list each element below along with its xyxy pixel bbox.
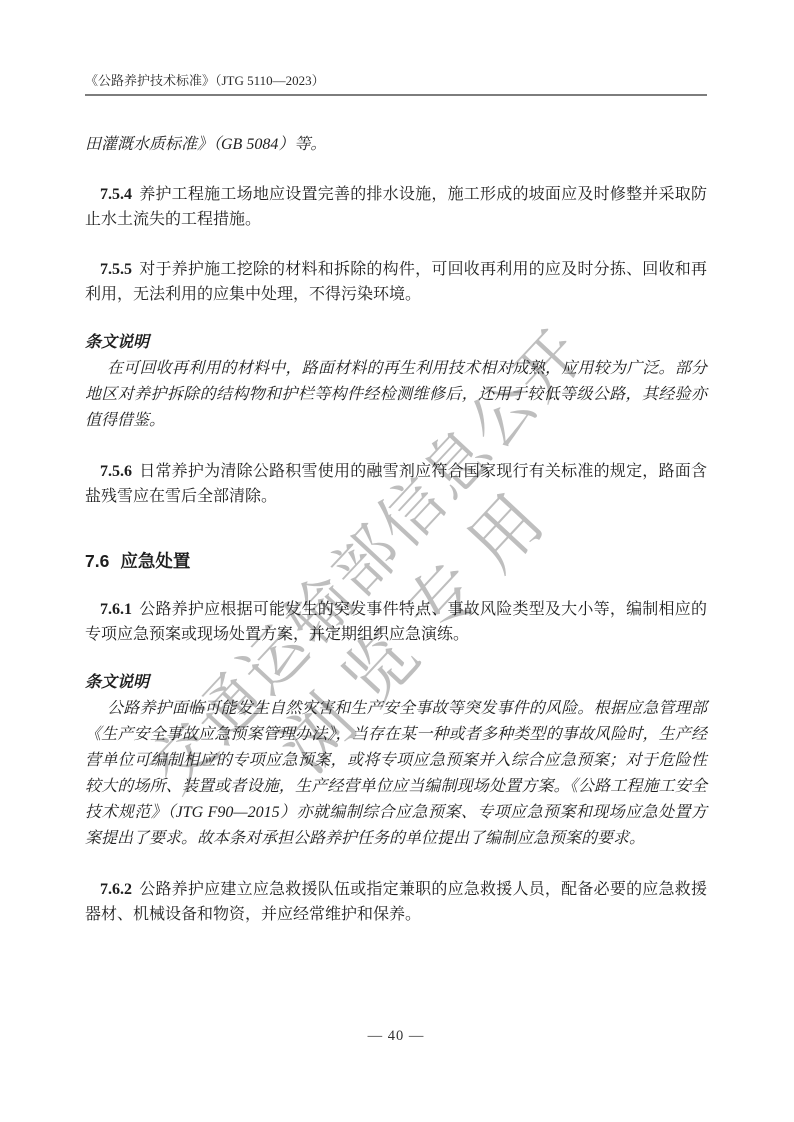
commentary-paragraph: 在可回收再利用的材料中，路面材料的再生利用技术相对成熟，应用较为广泛。部分地区对… [85,356,707,434]
running-header-title: 《公路养护技术标准》（JTG 5110—2023） [85,72,707,89]
commentary-paragraph: 公路养护面临可能发生自然灾害和生产安全事故等突发事件的风险。根据应急管理部《生产… [85,696,707,852]
clause-7-5-5: 7.5.5对于养护施工挖除的材料和拆除的构件，可回收再利用的应及时分拣、回收和再… [85,257,707,307]
clause-number: 7.5.5 [100,261,132,278]
header-rule [85,94,707,96]
clause-7-5-6: 7.5.6日常养护为清除公路积雪使用的融雪剂应符合国家现行有关标准的规定，路面含… [85,459,707,509]
section-number: 7.6 [85,551,109,571]
clause-number: 7.5.4 [100,186,132,203]
clause-7-6-1: 7.6.1公路养护应根据可能发生的突发事件特点、事故风险类型及大小等，编制相应的… [85,597,707,647]
clause-number: 7.6.2 [100,881,132,898]
clause-7-5-4: 7.5.4养护工程施工场地应设置完善的排水设施，施工形成的坡面应及时修整并采取防… [85,182,707,232]
section-heading-7-6: 7.6应急处置 [85,549,707,573]
clause-text: 养护工程施工场地应设置完善的排水设施，施工形成的坡面应及时修整并采取防止水土流失… [85,186,707,228]
clause-text: 对于养护施工挖除的材料和拆除的构件，可回收再利用的应及时分拣、回收和再利用，无法… [85,261,707,303]
document-page: 交通运输部信息公开 浏览专用 《公路养护技术标准》（JTG 5110—2023）… [0,0,794,1122]
page-header: 《公路养护技术标准》（JTG 5110—2023） [0,0,794,96]
section-label: 应急处置 [120,551,190,571]
clause-number: 7.6.1 [100,601,132,618]
clause-text: 公路养护应建立应急救援队伍或指定兼职的应急救援人员，配备必要的应急救援器材、机械… [85,881,707,923]
clause-text: 日常养护为清除公路积雪使用的融雪剂应符合国家现行有关标准的规定，路面含盐残雪应在… [85,463,707,505]
document-body: 田灌溉水质标准》（GB 5084）等。 7.5.4养护工程施工场地应设置完善的排… [0,132,794,927]
clause-number: 7.5.6 [100,463,132,480]
commentary-heading: 条文说明 [85,330,707,356]
commentary-heading: 条文说明 [85,670,707,696]
commentary-continuation-text: 田灌溉水质标准》（GB 5084）等。 [85,132,707,157]
page-footer: — 40 — [85,1028,707,1045]
page-number: — 40 — [368,1028,425,1044]
clause-7-6-2: 7.6.2公路养护应建立应急救援队伍或指定兼职的应急救援人员，配备必要的应急救援… [85,877,707,927]
clause-text: 公路养护应根据可能发生的突发事件特点、事故风险类型及大小等，编制相应的专项应急预… [85,601,707,643]
